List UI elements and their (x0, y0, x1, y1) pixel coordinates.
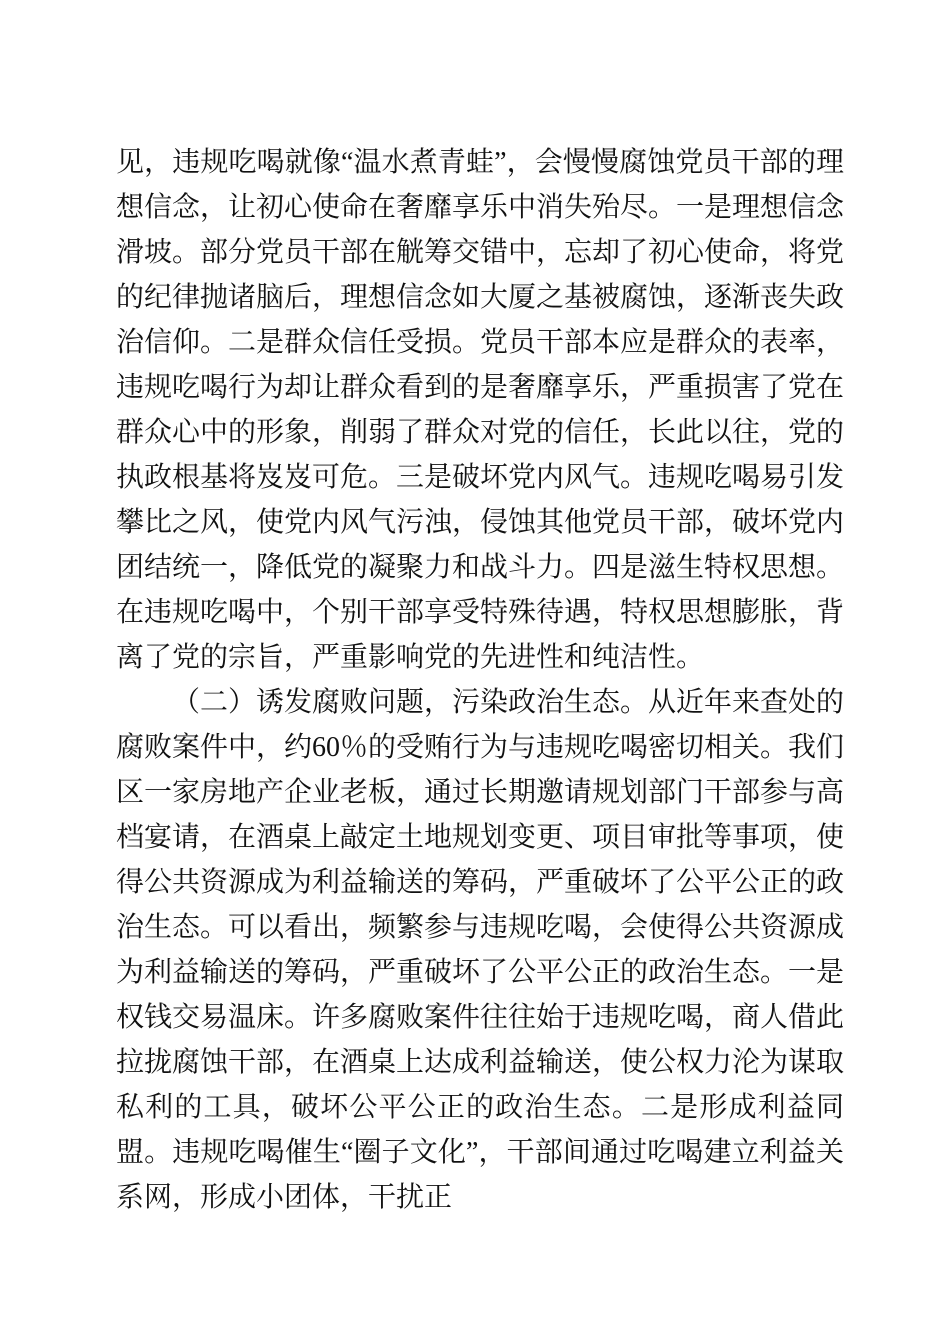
document-body-text: 见，违规吃喝就像“温水煮青蛙”，会慢慢腐蚀党员干部的理想信念，让初心使命在奢靡享… (116, 140, 844, 1220)
paragraph-continuation: 见，违规吃喝就像“温水煮青蛙”，会慢慢腐蚀党员干部的理想信念，让初心使命在奢靡享… (116, 140, 844, 680)
document-page: 见，违规吃喝就像“温水煮青蛙”，会慢慢腐蚀党员干部的理想信念，让初心使命在奢靡享… (0, 0, 950, 1344)
paragraph-section-2: （二）诱发腐败问题，污染政治生态。从近年来查处的腐败案件中，约60％的受贿行为与… (116, 680, 844, 1220)
